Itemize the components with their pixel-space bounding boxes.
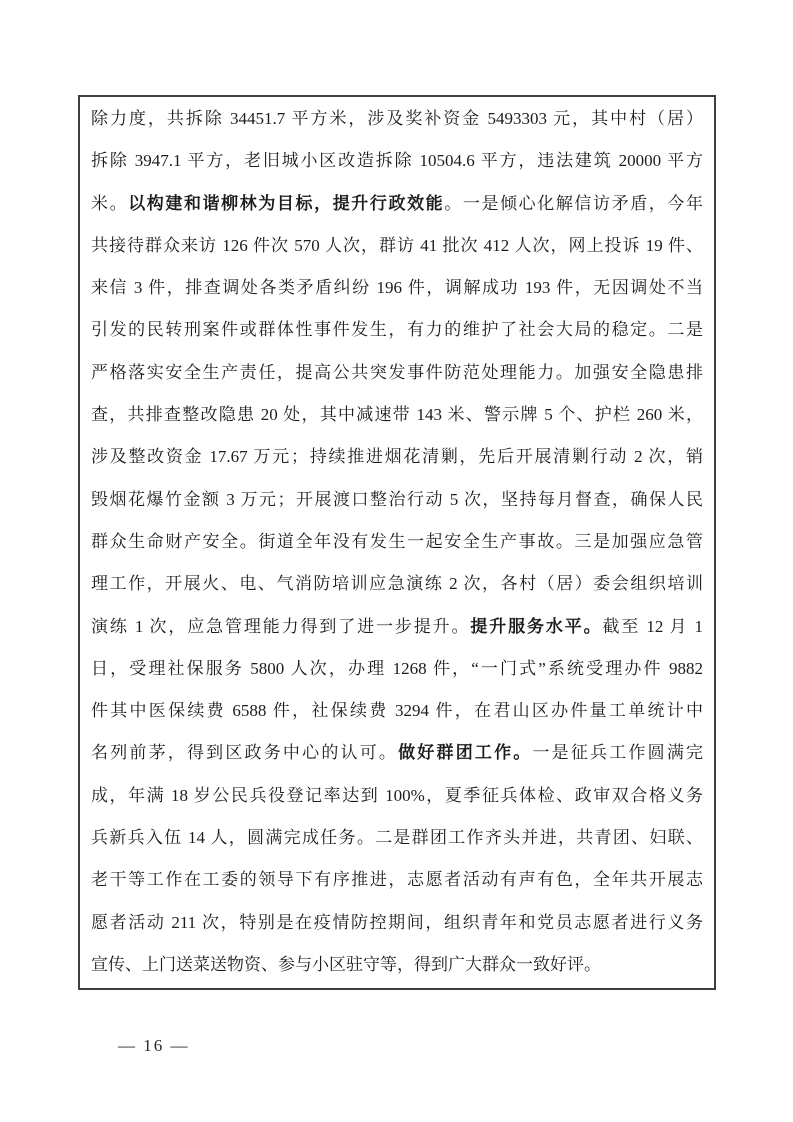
bold-heading-run: 以构建和谐柳林为目标，提升行政效能 [128,194,444,213]
page-number: — 16 — [118,1036,190,1056]
text-line: 除力度，共拆除 34451.7 平方米，涉及奖补资金 5493303 元，其中村… [91,98,703,140]
text-line: 愿者活动 211 次，特别是在疫情防控期间，组织青年和党员志愿者进行义务 [91,902,703,944]
text-line: 成，年满 18 岁公民兵役登记率达到 100%，夏季征兵体检、政审双合格义务 [91,775,703,817]
text-line: 群众生命财产安全。街道全年没有发生一起安全生产事故。三是加强应急管 [91,521,703,563]
text-run: 兵新兵入伍 14 人，圆满完成任务。二是群团工作齐头并进，共青团、妇联、 [91,828,703,847]
text-run: 群众生命财产安全。街道全年没有发生一起安全生产事故。三是加强应急管 [91,532,703,551]
text-run: 日，受理社保服务 5800 人次，办理 1268 件，“一门式”系统受理办件 9… [91,659,703,678]
text-run: 宣传、上门送菜送物资、参与小区驻守等，得到广大群众一致好评。 [91,955,601,974]
document-page: 除力度，共拆除 34451.7 平方米，涉及奖补资金 5493303 元，其中村… [0,0,793,1122]
text-run: 理工作，开展火、电、气消防培训应急演练 2 次，各村（居）委会组织培训 [91,574,703,593]
text-line: 兵新兵入伍 14 人，圆满完成任务。二是群团工作齐头并进，共青团、妇联、 [91,817,703,859]
document-body: 除力度，共拆除 34451.7 平方米，涉及奖补资金 5493303 元，其中村… [80,97,714,986]
text-line: 拆除 3947.1 平方，老旧城小区改造拆除 10504.6 平方，违法建筑 2… [91,140,703,182]
text-line: 查，共排查整改隐患 20 处，其中减速带 143 米、警示牌 5 个、护栏 26… [91,394,703,436]
text-run: 老干等工作在工委的领导下有序推进，志愿者活动有声有色，全年共开展志 [91,870,703,889]
text-run: 拆除 3947.1 平方，老旧城小区改造拆除 10504.6 平方，违法建筑 2… [91,151,703,170]
text-run: 查，共排查整改隐患 20 处，其中减速带 143 米、警示牌 5 个、护栏 26… [91,405,703,424]
text-run: 成，年满 18 岁公民兵役登记率达到 100%，夏季征兵体检、政审双合格义务 [91,786,703,805]
text-line: 共接待群众来访 126 件次 570 人次，群访 41 批次 412 人次，网上… [91,225,703,267]
text-run: 演练 1 次，应急管理能力得到了进一步提升。 [91,617,470,636]
text-line: 件其中医保续费 6588 件，社保续费 3294 件，在君山区办件量工单统计中 [91,690,703,732]
text-line: 日，受理社保服务 5800 人次，办理 1268 件，“一门式”系统受理办件 9… [91,648,703,690]
text-line: 米。以构建和谐柳林为目标，提升行政效能。一是倾心化解信访矛盾，今年 [91,183,703,225]
text-line: 宣传、上门送菜送物资、参与小区驻守等，得到广大群众一致好评。 [91,944,703,986]
text-run: 愿者活动 211 次，特别是在疫情防控期间，组织青年和党员志愿者进行义务 [91,913,703,932]
text-run: 。一是倾心化解信访矛盾，今年 [444,194,703,213]
text-line: 严格落实安全生产责任，提高公共突发事件防范处理能力。加强安全隐患排 [91,352,703,394]
text-line: 引发的民转刑案件或群体性事件发生，有力的维护了社会大局的稳定。二是 [91,309,703,351]
text-frame: 除力度，共拆除 34451.7 平方米，涉及奖补资金 5493303 元，其中村… [78,95,716,990]
text-run: 严格落实安全生产责任，提高公共突发事件防范处理能力。加强安全隐患排 [91,363,703,382]
bold-heading-run: 做好群团工作。 [398,743,532,762]
text-run: 共接待群众来访 126 件次 570 人次，群访 41 批次 412 人次，网上… [91,236,703,255]
text-run: 来信 3 件，排查调处各类矛盾纠纷 196 件，调解成功 193 件，无因调处不… [91,278,703,297]
text-line: 名列前茅，得到区政务中心的认可。做好群团工作。一是征兵工作圆满完 [91,732,703,774]
text-run: 涉及整改资金 17.67 万元；持续推进烟花清剿，先后开展清剿行动 2 次，销 [91,447,703,466]
text-run: 米。 [91,194,128,213]
text-run: 除力度，共拆除 34451.7 平方米，涉及奖补资金 5493303 元，其中村… [91,109,703,128]
text-run: 一是征兵工作圆满完 [532,743,703,762]
text-run: 件其中医保续费 6588 件，社保续费 3294 件，在君山区办件量工单统计中 [91,701,703,720]
text-run: 截至 12 月 1 [603,617,704,636]
text-line: 毁烟花爆竹金额 3 万元；开展渡口整治行动 5 次，坚持每月督查，确保人民 [91,479,703,521]
text-run: 名列前茅，得到区政务中心的认可。 [91,743,398,762]
text-run: 毁烟花爆竹金额 3 万元；开展渡口整治行动 5 次，坚持每月督查，确保人民 [91,490,703,509]
text-line: 演练 1 次，应急管理能力得到了进一步提升。提升服务水平。截至 12 月 1 [91,606,703,648]
text-line: 理工作，开展火、电、气消防培训应急演练 2 次，各村（居）委会组织培训 [91,563,703,605]
text-line: 来信 3 件，排查调处各类矛盾纠纷 196 件，调解成功 193 件，无因调处不… [91,267,703,309]
bold-heading-run: 提升服务水平。 [470,617,602,636]
text-line: 涉及整改资金 17.67 万元；持续推进烟花清剿，先后开展清剿行动 2 次，销 [91,436,703,478]
text-line: 老干等工作在工委的领导下有序推进，志愿者活动有声有色，全年共开展志 [91,859,703,901]
text-run: 引发的民转刑案件或群体性事件发生，有力的维护了社会大局的稳定。二是 [91,320,703,339]
